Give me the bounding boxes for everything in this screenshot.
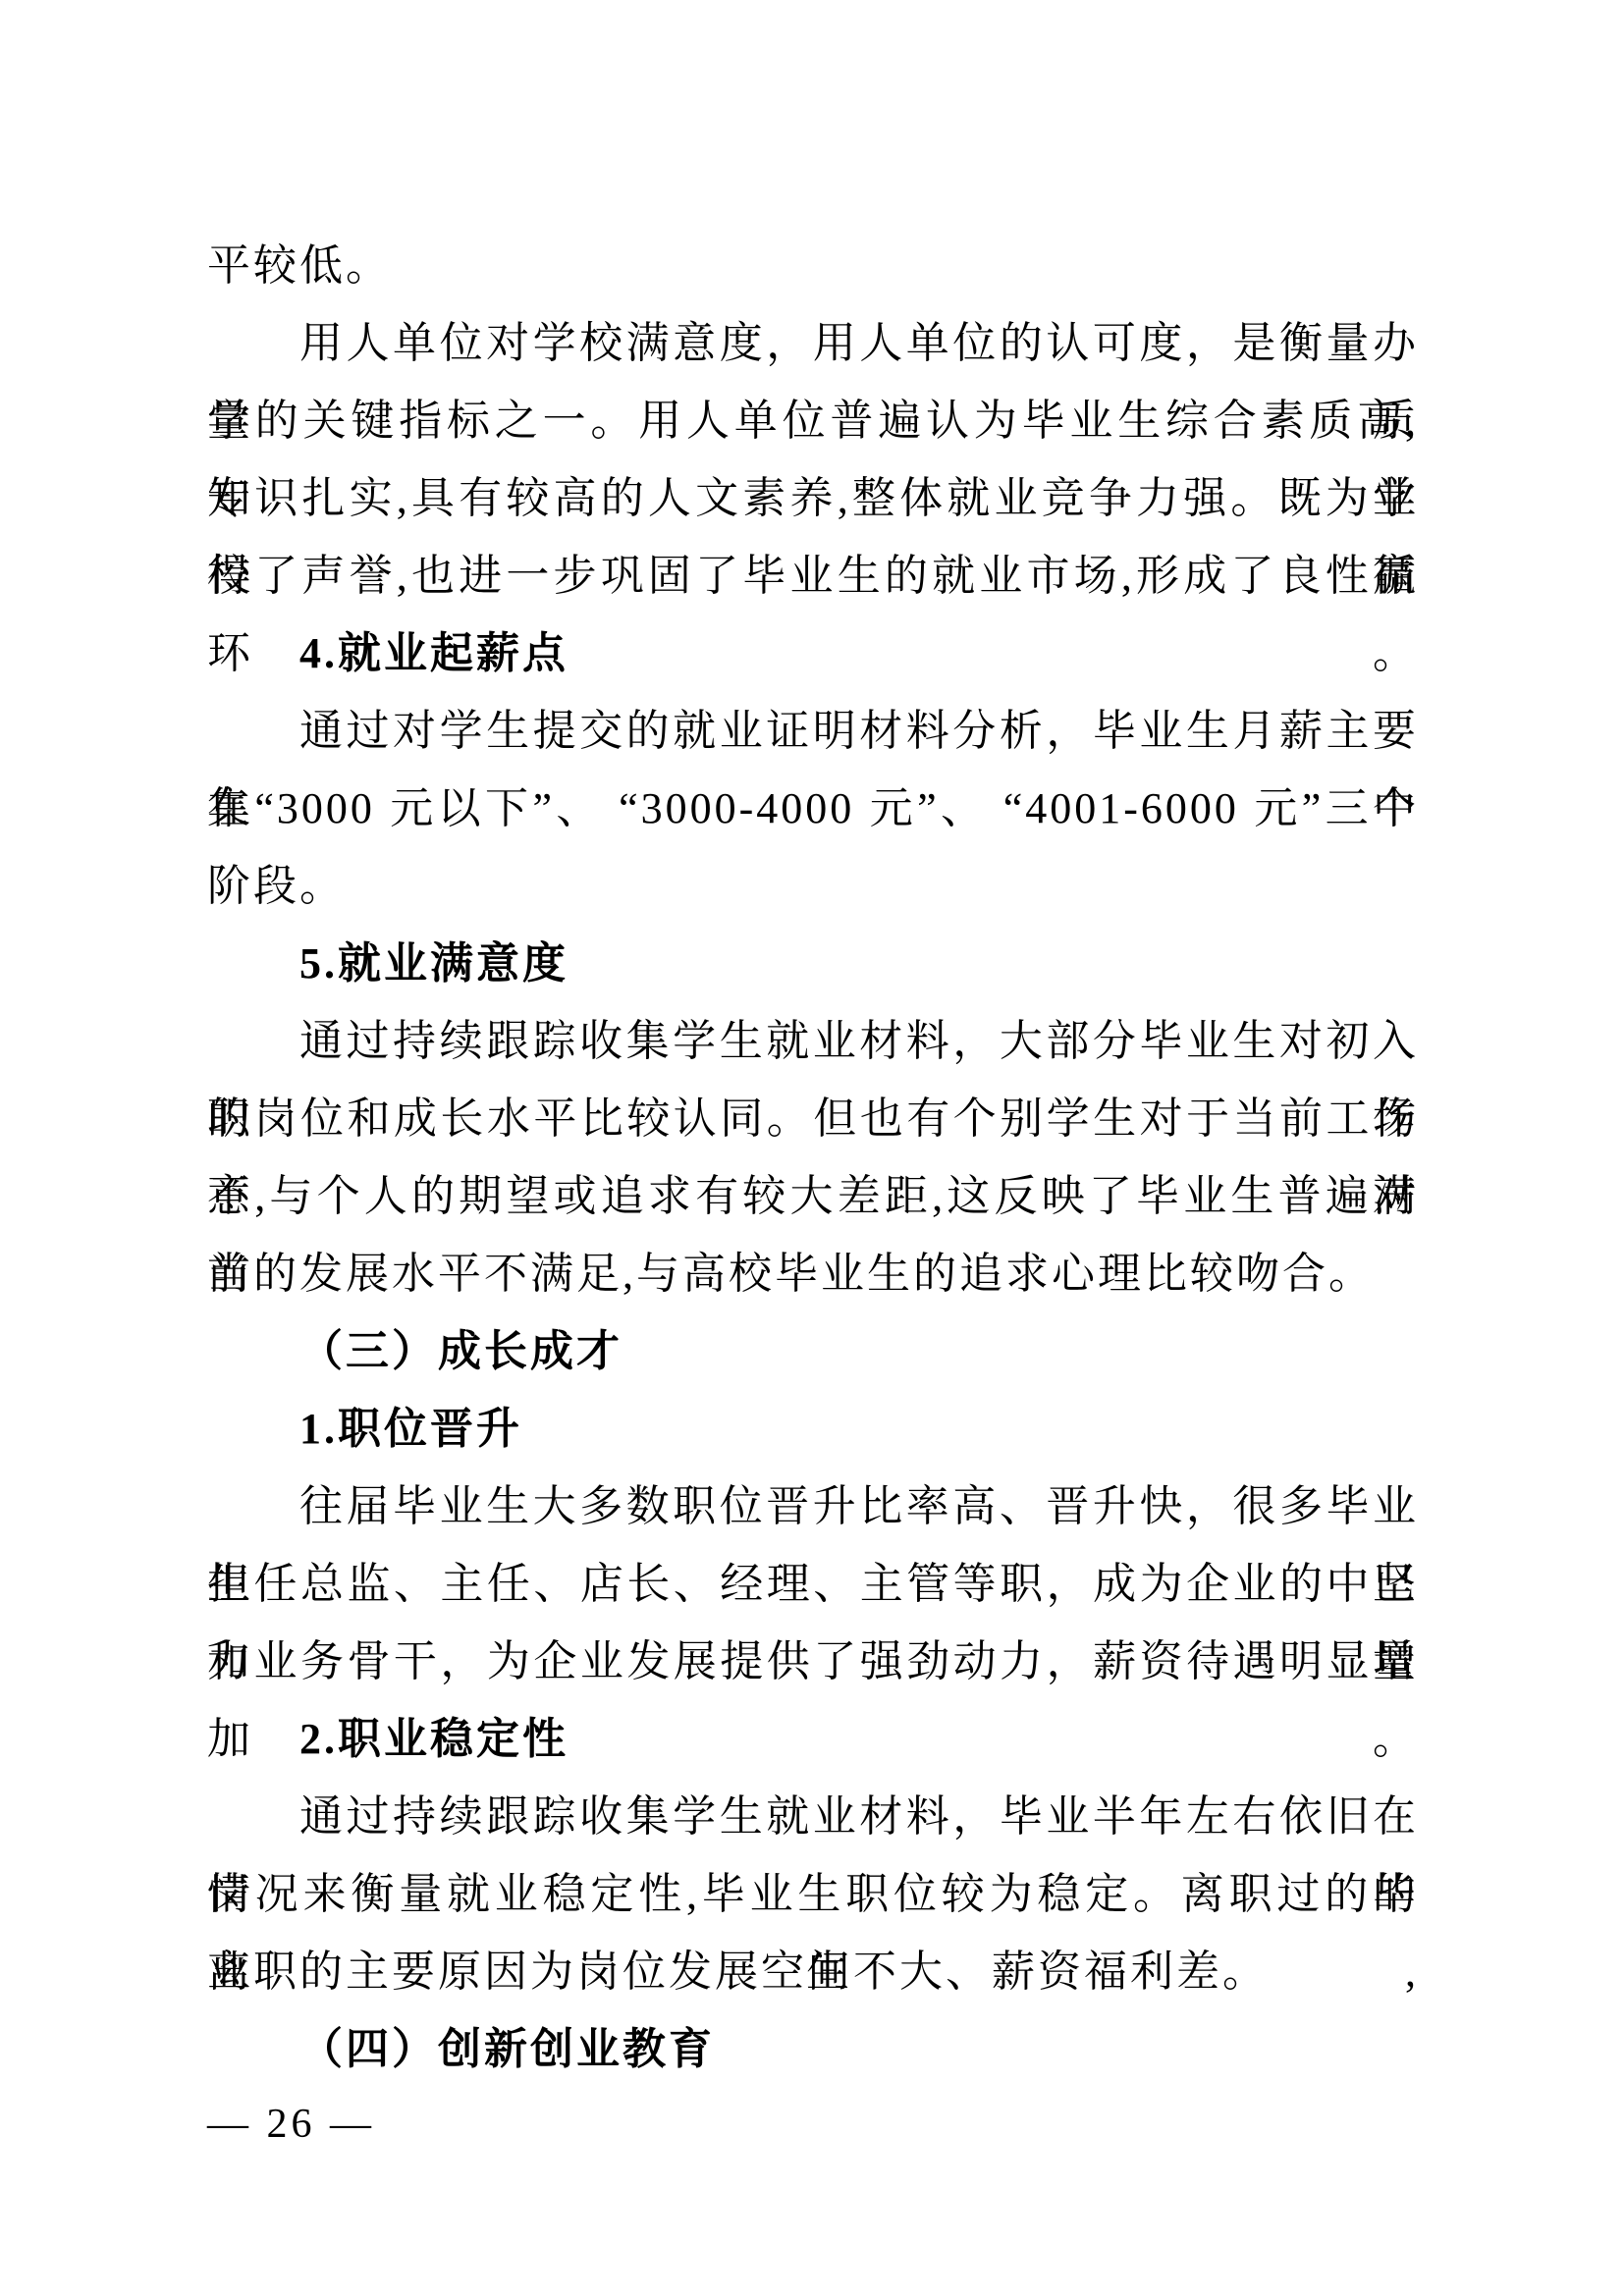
- text-line: 在“3000 元以下”、 “3000-4000 元”、 “4001-6000 元…: [207, 770, 1419, 847]
- text-line: 往届毕业生大多数职位晋升比率高、晋升快，很多毕业生已: [207, 1468, 1419, 1545]
- heading-line: （四）创新创业教育: [207, 2010, 1419, 2088]
- text-line: 通过持续跟踪收集学生就业材料，大部分毕业生对初入职场: [207, 1002, 1419, 1080]
- page-number: — 26 —: [207, 2102, 375, 2147]
- text-line: 和业务骨干，为企业发展提供了强劲动力，薪资待遇明显增加。: [207, 1623, 1419, 1700]
- text-line: 量的关键指标之一。用人单位普遍认为毕业生综合素质高,专业: [207, 382, 1419, 459]
- text-line: 平较低。: [207, 227, 1419, 304]
- scanned-document-page: 平较低。用人单位对学校满意度，用人单位的认可度，是衡量办学质量的关键指标之一。用…: [0, 0, 1624, 2296]
- document-body: 平较低。用人单位对学校满意度，用人单位的认可度，是衡量办学质量的关键指标之一。用…: [207, 227, 1419, 2088]
- text-line: 通过对学生提交的就业证明材料分析，毕业生月薪主要集中: [207, 692, 1419, 770]
- text-line: 的岗位和成长水平比较认同。但也有个别学生对于当前工作不满: [207, 1080, 1419, 1157]
- text-line: 知识扎实,具有较高的人文素养,整体就业竞争力强。既为学校赢: [207, 459, 1419, 537]
- heading-line: 1.职位晋升: [207, 1390, 1419, 1468]
- text-line: 离职的主要原因为岗位发展空间不大、薪资福利差。: [207, 1933, 1419, 2010]
- text-line: 用人单位对学校满意度，用人单位的认可度，是衡量办学质: [207, 304, 1419, 382]
- text-line: 得了声誉,也进一步巩固了毕业生的就业市场,形成了良性循环。: [207, 537, 1419, 614]
- text-line: 阶段。: [207, 847, 1419, 925]
- text-line: 通过持续跟踪收集学生就业材料，毕业半年左右依旧在岗的: [207, 1778, 1419, 1855]
- text-line: 担任总监、主任、店长、经理、主管等职，成为企业的中坚力量: [207, 1545, 1419, 1623]
- heading-line: （三）成长成才: [207, 1312, 1419, 1390]
- text-line: 意,与个人的期望或追求有较大差距,这反映了毕业生普遍对当: [207, 1157, 1419, 1235]
- text-line: 情况来衡量就业稳定性,毕业生职位较为稳定。离职过的毕业生,: [207, 1855, 1419, 1933]
- heading-line: 5.就业满意度: [207, 925, 1419, 1002]
- text-line: 前的发展水平不满足,与高校毕业生的追求心理比较吻合。: [207, 1235, 1419, 1312]
- page-footer: — 26 —: [207, 2099, 375, 2150]
